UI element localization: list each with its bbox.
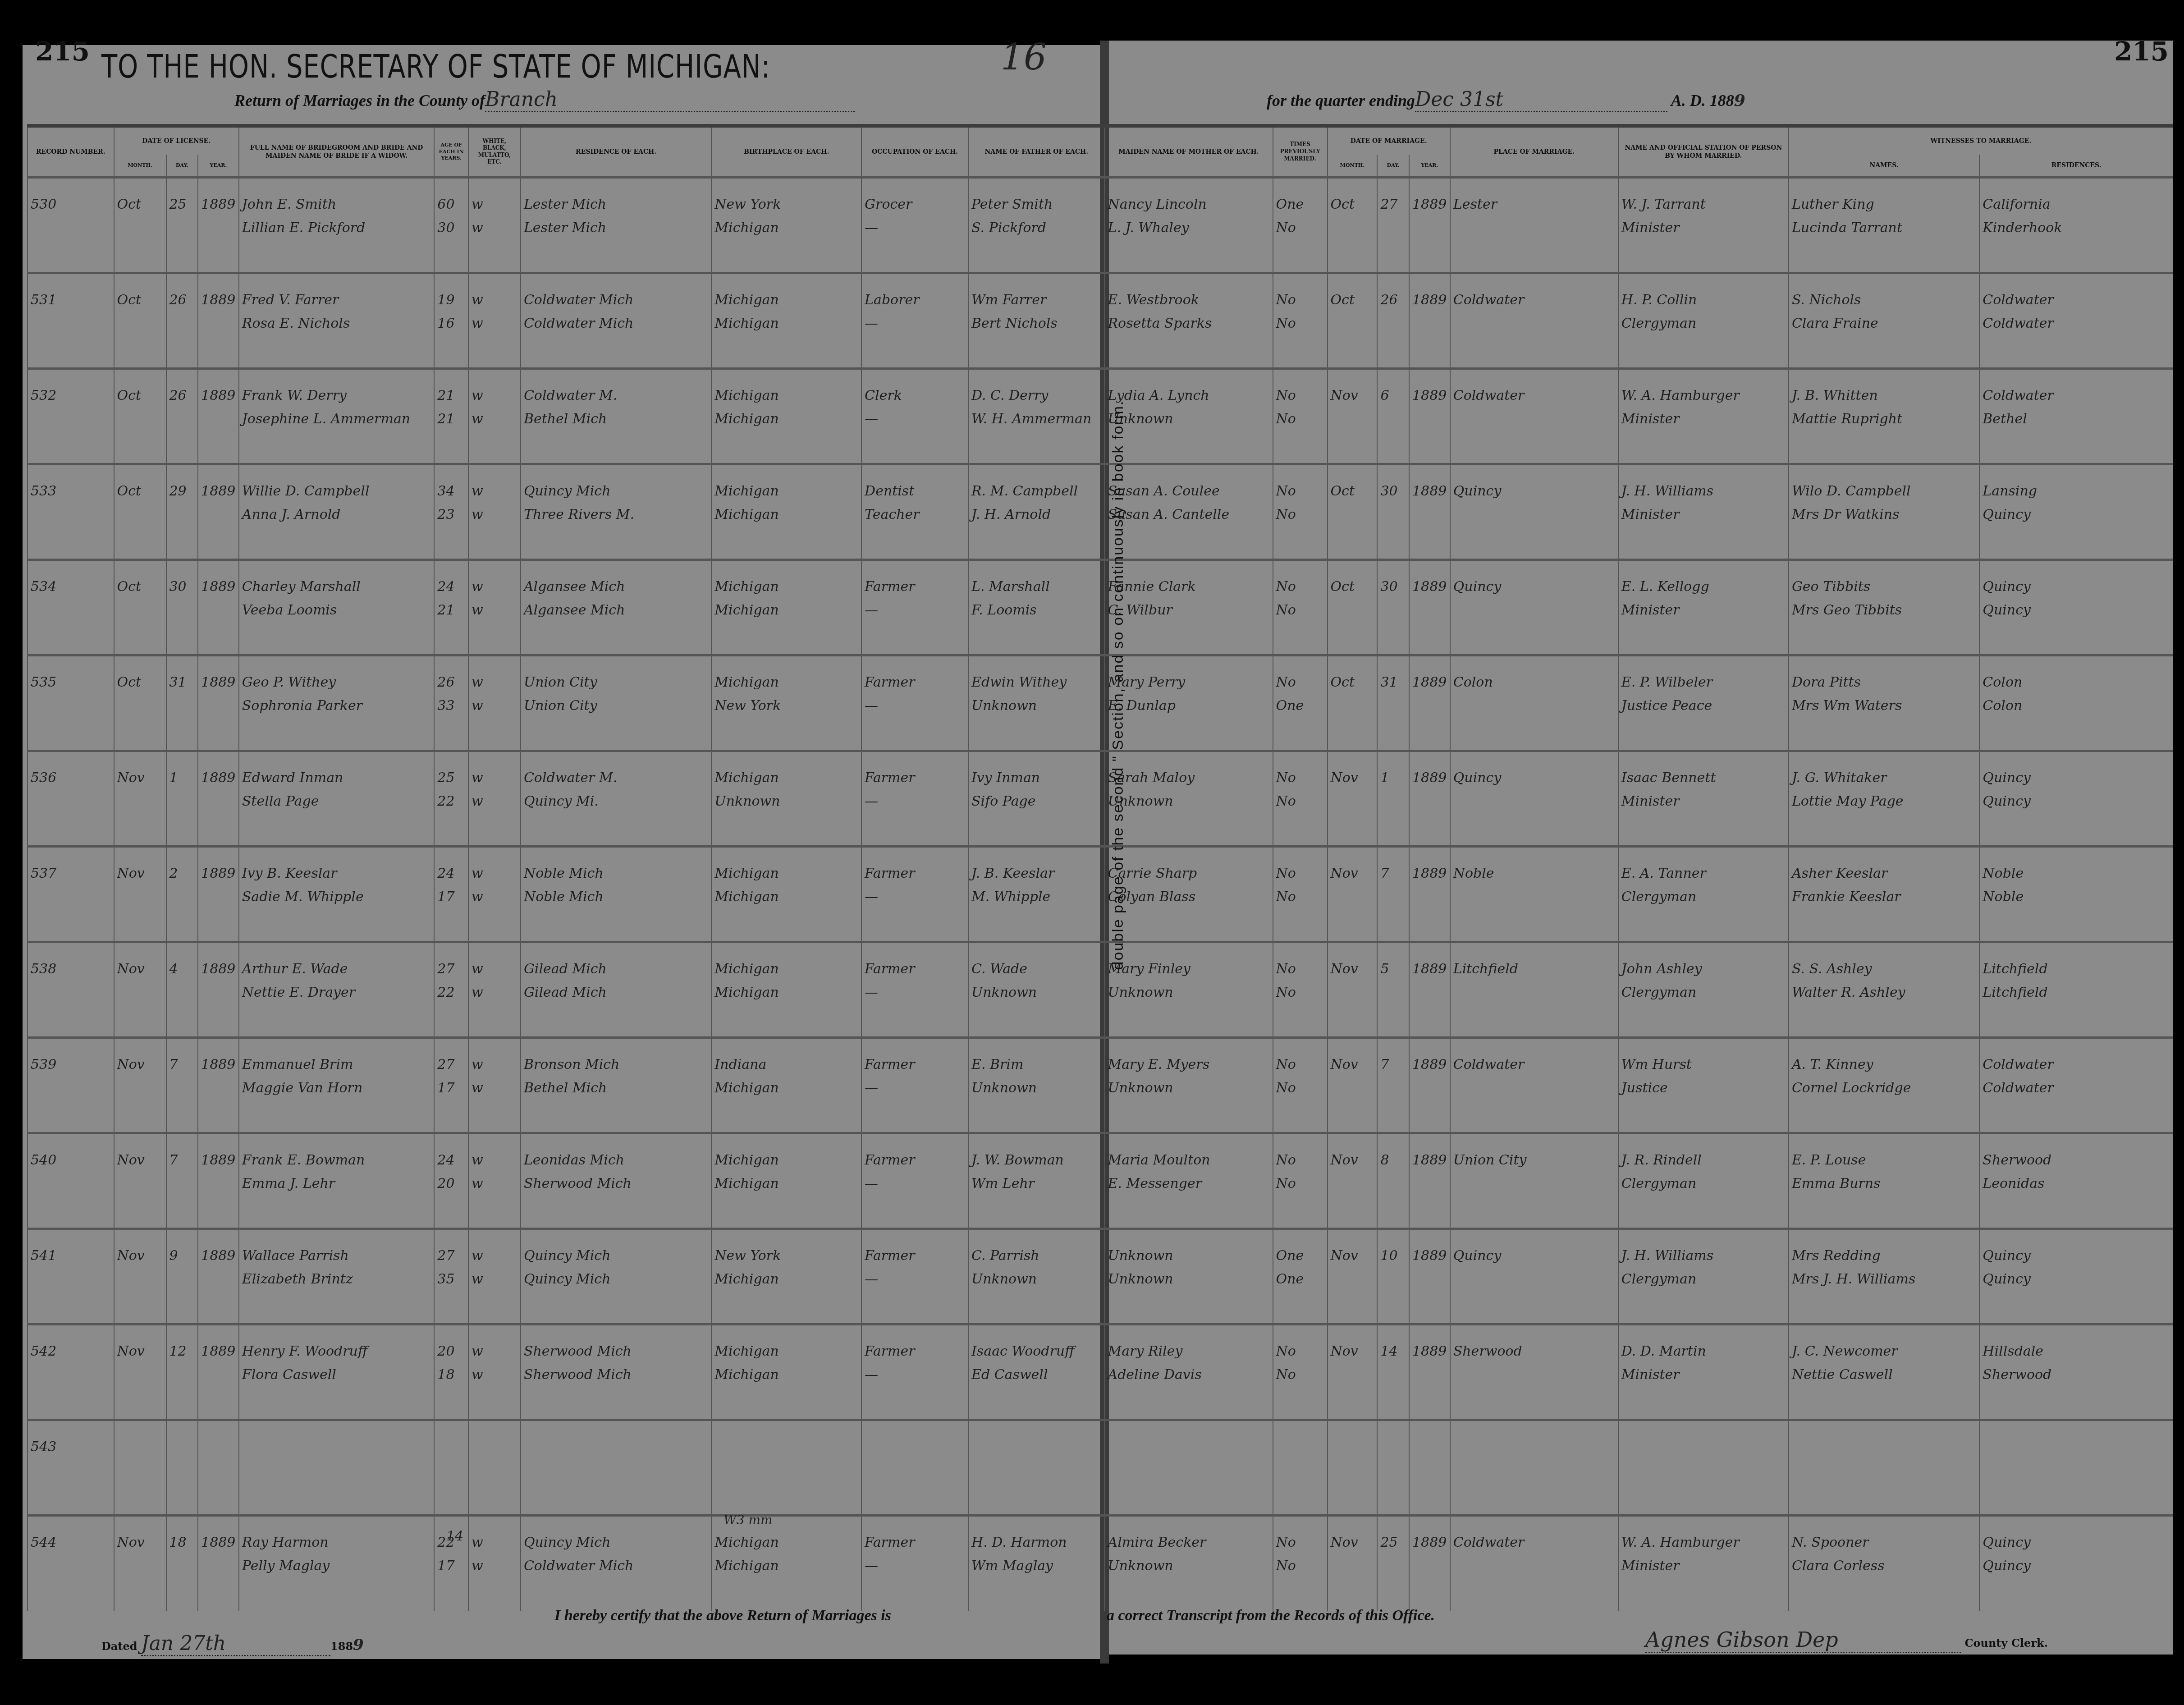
cell-groom-color: ww: [468, 846, 521, 942]
marriage-ledger-table: Record Number. Date of License. Full Nam…: [27, 128, 2173, 1611]
cell-groom-occ: Farmer—: [861, 1228, 968, 1324]
cell-groom-times: NoNo: [1273, 751, 1328, 846]
lic-month-value: Oct: [117, 480, 163, 503]
bride-mother-value: Unknown: [1108, 981, 1269, 1004]
ad-value: 9: [1734, 91, 1745, 110]
num-value: 533: [31, 480, 111, 503]
witness2-value: Clara Corless: [1792, 1554, 1976, 1578]
cell-groom-occ: DentistTeacher: [861, 464, 968, 559]
mar-year-value: 1889: [1412, 193, 1447, 216]
mar-year-value: 1889: [1412, 480, 1447, 503]
mar-day-value: [1380, 1435, 1406, 1459]
lic-month-value: Nov: [117, 1149, 163, 1172]
groom-occ-value: Farmer: [865, 1531, 965, 1554]
certify-text-right: a correct Transcript from the Records of…: [1107, 1607, 1435, 1624]
cell-groom-mother: [1104, 1420, 1273, 1515]
page-title: TO THE HON. SECRETARY OF STATE OF MICHIG…: [101, 47, 770, 85]
witness1-value: Mrs Redding: [1792, 1244, 1976, 1268]
groom-mother-value: Almira Becker: [1108, 1531, 1269, 1554]
cell-groom-mother: Susan A. CouleeSusan A. Cantelle: [1104, 464, 1273, 559]
cell-witness1: Dora PittsMrs Wm Waters: [1789, 655, 1979, 751]
bride-res-value: Coldwater Mich: [524, 312, 708, 335]
cell-groom-times: NoNo: [1273, 1133, 1328, 1228]
mar-month-value: Nov: [1331, 384, 1374, 408]
groom-age-value: 25: [437, 766, 465, 790]
lic-day-value: 30: [169, 575, 195, 599]
officiant-value: [1621, 1435, 1786, 1459]
cell-lic-day: 4: [166, 942, 198, 1037]
lic-year-value: 1889: [201, 862, 236, 885]
bride-color-value: w: [472, 1554, 517, 1578]
col-date-of-license: Date of License.: [114, 128, 239, 155]
cell-place: Quincy: [1450, 751, 1618, 846]
bride-mother-value: Unknown: [1108, 1077, 1269, 1100]
bride-father-value: J. H. Arnold: [971, 503, 1101, 527]
officiant-title-value: Clergyman: [1621, 1172, 1786, 1196]
cell-lic-day: 1: [166, 751, 198, 846]
place-value: Quincy: [1453, 1244, 1615, 1268]
cell-lic-month: Nov: [114, 942, 166, 1037]
cell-officiant: W. J. TarrantMinister: [1618, 177, 1789, 273]
bride-father-value: Unknown: [971, 694, 1101, 718]
groom-occ-value: Laborer: [865, 289, 965, 312]
groom-father-value: Peter Smith: [971, 193, 1101, 216]
cell-lic-month: Oct: [114, 464, 166, 559]
col-witnesses: Witnesses to Marriage.: [1789, 128, 2173, 155]
groom-times-value: No: [1276, 289, 1324, 312]
cell-groom-father: H. D. HarmonWm Maglay: [968, 1515, 1104, 1611]
witness2-value: Mrs Geo Tibbits: [1792, 599, 1976, 622]
bride-father-value: W. H. Ammerman: [971, 408, 1101, 431]
groom-birth-value: New York: [714, 1244, 858, 1268]
groom-mother-value: Fannie Clark: [1108, 575, 1269, 599]
bride-value: Sadie M. Whipple: [242, 885, 431, 909]
bride-mother-value: Susan A. Cantelle: [1108, 503, 1269, 527]
lic-month-value: Nov: [117, 1531, 163, 1554]
bride-res-value: Gilead Mich: [524, 981, 708, 1004]
groom-father-value: H. D. Harmon: [971, 1531, 1101, 1554]
groom-value: Fred V. Farrer: [242, 289, 431, 312]
groom-father-value: L. Marshall: [971, 575, 1101, 599]
groom-color-value: w: [472, 958, 517, 981]
mar-day-value: 5: [1380, 958, 1406, 981]
bride-value: Stella Page: [242, 790, 431, 813]
cell-lic-day: 7: [166, 1133, 198, 1228]
place-value: Quincy: [1453, 480, 1615, 503]
cell-mar-year: 1889: [1409, 1324, 1450, 1420]
officiant-value: W. A. Hamburger: [1621, 384, 1786, 408]
table-row: 544Nov181889Ray HarmonPelly Maglay2217ww…: [27, 1515, 2173, 1611]
page-number-left: 215: [35, 36, 90, 67]
cell-mar-day: 7: [1377, 846, 1409, 942]
witness1-value: [1792, 1435, 1976, 1459]
bride-father-value: Wm Lehr: [971, 1172, 1101, 1196]
col-times-married: Times Previously Married.: [1273, 128, 1328, 177]
col-birthplace: Birthplace of Each.: [711, 128, 861, 177]
groom-value: Henry F. Woodruff: [242, 1340, 431, 1363]
bride-color-value: w: [472, 981, 517, 1004]
cell-mar-month: Nov: [1328, 751, 1378, 846]
cell-mar-month: Nov: [1328, 1133, 1378, 1228]
mar-year-value: 1889: [1412, 766, 1447, 790]
witness2-value: Cornel Lockridge: [1792, 1077, 1976, 1100]
bride-age-value: 20: [437, 1172, 465, 1196]
num-value: 537: [31, 862, 111, 885]
cell-mar-day: 1: [1377, 751, 1409, 846]
cell-groom-birth: New YorkMichigan: [711, 177, 861, 273]
bride-occ-value: —: [865, 1077, 965, 1100]
groom-res-value: Quincy Mich: [524, 1531, 708, 1554]
cell-mar-year: 1889: [1409, 751, 1450, 846]
cell-groom-times: NoNo: [1273, 942, 1328, 1037]
cell-place: Coldwater: [1450, 273, 1618, 368]
cell-officiant: [1618, 1420, 1789, 1515]
officiant-value: J. R. Rindell: [1621, 1149, 1786, 1172]
place-value: Colon: [1453, 671, 1615, 694]
cell-place: Sherwood: [1450, 1324, 1618, 1420]
cell-groom-color: ww: [468, 177, 521, 273]
mar-month-value: Oct: [1331, 575, 1374, 599]
place-value: Coldwater: [1453, 1531, 1615, 1554]
cell-lic-day: 2: [166, 846, 198, 942]
bride-mother-value: Colyan Blass: [1108, 885, 1269, 909]
lic-month-value: Oct: [117, 671, 163, 694]
groom-age-value: 19: [437, 289, 465, 312]
table-row: 542Nov121889Henry F. WoodruffFlora Caswe…: [27, 1324, 2173, 1420]
place-value: Sherwood: [1453, 1340, 1615, 1363]
lic-month-value: Nov: [117, 1053, 163, 1077]
header-rule: [27, 124, 2173, 128]
cell-witness1-res: ColonColon: [1979, 655, 2173, 751]
gutter-note: double page of the second " Section, and…: [1109, 370, 1127, 1001]
col-officiant: Name and Official Station of Person by w…: [1618, 128, 1789, 177]
cell-witness1: [1789, 1420, 1979, 1515]
col-age: Age of Each in Years.: [434, 128, 468, 177]
witness1-value: Wilo D. Campbell: [1792, 480, 1976, 503]
groom-occ-value: Farmer: [865, 1053, 965, 1077]
mar-year-value: 1889: [1412, 289, 1447, 312]
cell-groom-father: R. M. CampbellJ. H. Arnold: [968, 464, 1104, 559]
cell-witness1-res: QuincyQuincy: [1979, 559, 2173, 655]
mar-day-value: 1: [1380, 766, 1406, 790]
col-mar-month: Month.: [1328, 155, 1378, 177]
cell-groom-father: Ivy InmanSifo Page: [968, 751, 1104, 846]
cell-groom-father: Isaac WoodruffEd Caswell: [968, 1324, 1104, 1420]
groom-age-value: 27: [437, 1244, 465, 1268]
groom-times-value: No: [1276, 1340, 1324, 1363]
cell-witness1-res: QuincyQuincy: [1979, 751, 2173, 846]
cell-witness1-res: LitchfieldLitchfield: [1979, 942, 2173, 1037]
cell-groom-age: 2717: [434, 1037, 468, 1133]
bride-mother-value: [1108, 1459, 1269, 1482]
mar-month-value: Nov: [1331, 1531, 1374, 1554]
witness1-value: Geo Tibbits: [1792, 575, 1976, 599]
groom-age-value: [437, 1435, 465, 1459]
groom-father-value: Isaac Woodruff: [971, 1340, 1101, 1363]
lic-year-value: [201, 1435, 236, 1459]
groom-times-value: No: [1276, 1531, 1324, 1554]
groom-mother-value: Lydia A. Lynch: [1108, 384, 1269, 408]
cell-num: 534: [27, 559, 114, 655]
bride-age-value: 18: [437, 1363, 465, 1387]
bride-color-value: w: [472, 694, 517, 718]
groom-color-value: w: [472, 1340, 517, 1363]
cell-groom-occ: Farmer—: [861, 655, 968, 751]
mar-day-value: 14: [1380, 1340, 1406, 1363]
cell-groom-occ: Farmer—: [861, 846, 968, 942]
groom-father-value: J. W. Bowman: [971, 1149, 1101, 1172]
bride-res-value: Algansee Mich: [524, 599, 708, 622]
groom-color-value: w: [472, 766, 517, 790]
cell-groom-birth: MichiganUnknown: [711, 751, 861, 846]
bride-color-value: [472, 1459, 517, 1482]
bride-birth-value: Michigan: [714, 1077, 858, 1100]
cell-mar-year: 1889: [1409, 368, 1450, 464]
cell-officiant: E. A. TannerClergyman: [1618, 846, 1789, 942]
cell-officiant: D. D. MartinMinister: [1618, 1324, 1789, 1420]
cell-witness1: Mrs ReddingMrs J. H. Williams: [1789, 1228, 1979, 1324]
cell-lic-month: Nov: [114, 1228, 166, 1324]
groom-mother-value: Mary Riley: [1108, 1340, 1269, 1363]
cell-witness1-res: LansingQuincy: [1979, 464, 2173, 559]
cell-mar-day: 10: [1377, 1228, 1409, 1324]
cell-groom-birth: MichiganMichigan: [711, 1515, 861, 1611]
officiant-value: J. H. Williams: [1621, 480, 1786, 503]
cell-groom: Fred V. FarrerRosa E. Nichols: [239, 273, 435, 368]
cell-place: [1450, 1420, 1618, 1515]
cell-groom-mother: Mary RileyAdeline Davis: [1104, 1324, 1273, 1420]
cell-groom-color: [468, 1420, 521, 1515]
cell-witness1: S. NicholsClara Fraine: [1789, 273, 1979, 368]
cell-groom-times: NoNo: [1273, 273, 1328, 368]
groom-times-value: One: [1276, 1244, 1324, 1268]
groom-mother-value: [1108, 1435, 1269, 1459]
lic-month-value: Nov: [117, 766, 163, 790]
col-mother: Maiden Name of Mother of Each.: [1104, 128, 1273, 177]
cell-witness1: E. P. LouseEmma Burns: [1789, 1133, 1979, 1228]
cell-groom-birth: New YorkMichigan: [711, 1228, 861, 1324]
ledger-body: 530Oct251889John E. SmithLillian E. Pick…: [27, 177, 2173, 1611]
cell-groom-res: Coldwater MichColdwater Mich: [521, 273, 711, 368]
groom-birth-value: Indiana: [714, 1053, 858, 1077]
groom-times-value: No: [1276, 480, 1324, 503]
bride-color-value: w: [472, 1268, 517, 1291]
cell-mar-year: 1889: [1409, 655, 1450, 751]
cell-witness1-res: QuincyQuincy: [1979, 1515, 2173, 1611]
cell-place: Coldwater: [1450, 368, 1618, 464]
cell-groom-father: J. W. BowmanWm Lehr: [968, 1133, 1104, 1228]
bride-father-value: M. Whipple: [971, 885, 1101, 909]
bride-occ-value: —: [865, 1363, 965, 1387]
cell-num: 543: [27, 1420, 114, 1515]
groom-occ-value: Farmer: [865, 958, 965, 981]
cell-lic-year: 1889: [198, 464, 239, 559]
cell-lic-year: 1889: [198, 273, 239, 368]
cell-groom-father: C. WadeUnknown: [968, 942, 1104, 1037]
groom-age-value: 24: [437, 1149, 465, 1172]
cell-num: 531: [27, 273, 114, 368]
bride-value: Lillian E. Pickford: [242, 216, 431, 240]
bride-color-value: w: [472, 1363, 517, 1387]
groom-color-value: w: [472, 862, 517, 885]
cell-groom-occ: Laborer—: [861, 273, 968, 368]
cell-mar-day: 8: [1377, 1133, 1409, 1228]
cell-groom-color: ww: [468, 655, 521, 751]
officiant-value: John Ashley: [1621, 958, 1786, 981]
witness2-value: [1792, 1459, 1976, 1482]
officiant-title-value: Clergyman: [1621, 981, 1786, 1004]
cell-lic-day: 18: [166, 1515, 198, 1611]
cell-groom-age: 2121: [434, 368, 468, 464]
groom-birth-value: Michigan: [714, 671, 858, 694]
cell-groom-color: ww: [468, 464, 521, 559]
bride-times-value: No: [1276, 1363, 1324, 1387]
cell-witness1: A. T. KinneyCornel Lockridge: [1789, 1037, 1979, 1133]
cell-lic-day: 26: [166, 368, 198, 464]
cell-witness1: J. B. WhittenMattie Rupright: [1789, 368, 1979, 464]
cell-num: 532: [27, 368, 114, 464]
table-row: 541Nov91889Wallace ParrishElizabeth Brin…: [27, 1228, 2173, 1324]
cell-groom-color: ww: [468, 1037, 521, 1133]
place-value: Quincy: [1453, 575, 1615, 599]
cell-place: Quincy: [1450, 559, 1618, 655]
bride-mother-value: E. Dunlap: [1108, 694, 1269, 718]
groom-age-value: 60: [437, 193, 465, 216]
groom-birth-value: Michigan: [714, 1531, 858, 1554]
cell-mar-year: 1889: [1409, 1133, 1450, 1228]
cell-groom: Willie D. CampbellAnna J. Arnold: [239, 464, 435, 559]
cell-groom-times: NoNo: [1273, 559, 1328, 655]
cell-mar-year: 1889: [1409, 942, 1450, 1037]
cell-groom-times: NoNo: [1273, 1515, 1328, 1611]
mar-day-value: 10: [1380, 1244, 1406, 1268]
cell-mar-month: Oct: [1328, 655, 1378, 751]
officiant-value: Wm Hurst: [1621, 1053, 1786, 1077]
cell-groom-age: 2417: [434, 846, 468, 942]
cell-groom-res: Leonidas MichSherwood Mich: [521, 1133, 711, 1228]
bride-value: Anna J. Arnold: [242, 503, 431, 527]
bride-age-value: 22: [437, 981, 465, 1004]
groom-father-value: Edwin Withey: [971, 671, 1101, 694]
bride-birth-value: Michigan: [714, 599, 858, 622]
cell-place: Colon: [1450, 655, 1618, 751]
bride-color-value: w: [472, 312, 517, 335]
cell-num: 544: [27, 1515, 114, 1611]
cell-groom-age: [434, 1420, 468, 1515]
witness1-value: Luther King: [1792, 193, 1976, 216]
cell-groom: Henry F. WoodruffFlora Caswell: [239, 1324, 435, 1420]
witness1-res-value: Quincy: [1983, 1244, 2170, 1268]
cell-groom-mother: Nancy LincolnL. J. Whaley: [1104, 177, 1273, 273]
groom-father-value: Ivy Inman: [971, 766, 1101, 790]
lic-day-value: 26: [169, 384, 195, 408]
cell-witness1-res: NobleNoble: [1979, 846, 2173, 942]
cell-groom-color: ww: [468, 1324, 521, 1420]
cell-officiant: W. A. HamburgerMinister: [1618, 1515, 1789, 1611]
groom-times-value: No: [1276, 1149, 1324, 1172]
cell-mar-day: 27: [1377, 177, 1409, 273]
cell-groom-mother: E. WestbrookRosetta Sparks: [1104, 273, 1273, 368]
cell-num: 539: [27, 1037, 114, 1133]
cell-groom-father: Peter SmithS. Pickford: [968, 177, 1104, 273]
cell-officiant: John AshleyClergyman: [1618, 942, 1789, 1037]
groom-father-value: R. M. Campbell: [971, 480, 1101, 503]
witness1-value: Dora Pitts: [1792, 671, 1976, 694]
cell-mar-month: Nov: [1328, 1037, 1378, 1133]
groom-mother-value: Sarah Maloy: [1108, 766, 1269, 790]
bride-color-value: w: [472, 1077, 517, 1100]
signature-title: County Clerk.: [1965, 1636, 2048, 1650]
officiant-value: W. A. Hamburger: [1621, 1531, 1786, 1554]
cell-groom-color: ww: [468, 559, 521, 655]
cell-groom-occ: Farmer—: [861, 1133, 968, 1228]
cell-groom-color: ww: [468, 368, 521, 464]
cell-mar-day: 7: [1377, 1037, 1409, 1133]
place-value: Noble: [1453, 862, 1615, 885]
mar-year-value: [1412, 1435, 1447, 1459]
cell-mar-day: 6: [1377, 368, 1409, 464]
bride-mother-value: Unknown: [1108, 408, 1269, 431]
witness1-res-value: Coldwater: [1983, 1053, 2170, 1077]
mar-year-value: 1889: [1412, 1149, 1447, 1172]
cell-mar-year: [1409, 1420, 1450, 1515]
cell-lic-month: Oct: [114, 273, 166, 368]
groom-res-value: Bronson Mich: [524, 1053, 708, 1077]
cell-groom-father: J. B. KeeslarM. Whipple: [968, 846, 1104, 942]
mar-year-value: 1889: [1412, 862, 1447, 885]
cell-officiant: J. H. WilliamsMinister: [1618, 464, 1789, 559]
num-value: 539: [31, 1053, 111, 1077]
cell-groom-birth: MichiganMichigan: [711, 273, 861, 368]
cell-place: Quincy: [1450, 1228, 1618, 1324]
lic-month-value: Nov: [117, 1244, 163, 1268]
bride-occ-value: —: [865, 216, 965, 240]
bride-birth-value: Michigan: [714, 981, 858, 1004]
groom-res-value: Noble Mich: [524, 862, 708, 885]
place-value: Coldwater: [1453, 289, 1615, 312]
bride-times-value: No: [1276, 408, 1324, 431]
officiant-title-value: Justice Peace: [1621, 694, 1786, 718]
cell-groom-mother: Maria MoultonE. Messenger: [1104, 1133, 1273, 1228]
cell-lic-month: Oct: [114, 559, 166, 655]
num-value: 538: [31, 958, 111, 981]
cell-groom: Ivy B. KeeslarSadie M. Whipple: [239, 846, 435, 942]
lic-day-value: 9: [169, 1244, 195, 1268]
groom-birth-value: Michigan: [714, 862, 858, 885]
groom-occ-value: Farmer: [865, 575, 965, 599]
groom-mother-value: Mary Perry: [1108, 671, 1269, 694]
mar-day-value: 30: [1380, 480, 1406, 503]
witness2-res-value: Quincy: [1983, 503, 2170, 527]
witness2-res-value: Quincy: [1983, 1554, 2170, 1578]
witness1-res-value: Coldwater: [1983, 384, 2170, 408]
bride-value: Sophronia Parker: [242, 694, 431, 718]
mar-year-value: 1889: [1412, 575, 1447, 599]
groom-value: Frank E. Bowman: [242, 1149, 431, 1172]
cell-num: 533: [27, 464, 114, 559]
cell-groom-birth: MichiganMichigan: [711, 559, 861, 655]
cell-groom-times: NoNo: [1273, 1324, 1328, 1420]
cell-groom: John E. SmithLillian E. Pickford: [239, 177, 435, 273]
col-lic-day: Day.: [166, 155, 198, 177]
table-row: 543: [27, 1420, 2173, 1515]
bride-res-value: Quincy Mich: [524, 1268, 708, 1291]
cell-groom-res: Union CityUnion City: [521, 655, 711, 751]
dated-label: Dated: [101, 1640, 137, 1653]
groom-mother-value: Unknown: [1108, 1244, 1269, 1268]
mar-year-value: 1889: [1412, 384, 1447, 408]
officiant-title-value: Minister: [1621, 503, 1786, 527]
